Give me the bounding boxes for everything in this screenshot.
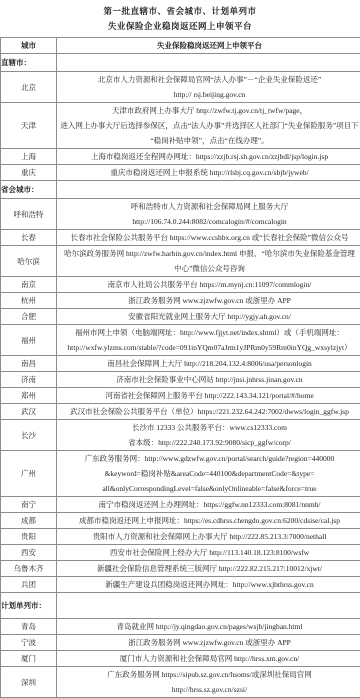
city-cell: 合肥: [1, 309, 57, 325]
platform-cell: 广东政务服务网 https://sipub.sz.gov.cn/hsoms/或深…: [57, 667, 360, 698]
platform-line: 南宁市稳岗返还网上办理网址：https://ggfw.nn12333.com:8…: [57, 497, 360, 512]
platform-cell: 新疆生产建设兵团稳岗返还网办网址：http://www.xjbthrss.gov…: [57, 577, 360, 593]
platform-line: 贵阳市人力资源和社会保障网上办事大厅 http://222.85.213.3:7…: [57, 529, 360, 544]
table-row: 兵团新疆生产建设兵团稳岗返还网办网址：http://www.xjbthrss.g…: [1, 577, 360, 593]
platform-line: http://106.74.0.244:8082/comcalogin/#/co…: [57, 214, 360, 229]
table-row: 天津天津市政府网上办事大厅 http://zwfw.tj.gov.cn/tj_t…: [1, 103, 360, 149]
platform-cell: 西安市社会保险网上经办大厅 http://113.140.18.123:8100…: [57, 545, 360, 561]
table-row: 深圳广东政务服务网 https://sipub.sz.gov.cn/hsoms/…: [1, 667, 360, 698]
document-title-line-2: 失业保险企业稳岗返还网上申领平台: [0, 19, 360, 34]
platform-line: 广东政务服务网 https://sipub.sz.gov.cn/hsoms/或深…: [57, 667, 360, 682]
platform-cell: 成都市稳岗返还网上申报网址：https://es.cdhrss.chengdu.…: [57, 513, 360, 529]
city-cell: 长沙: [1, 420, 57, 451]
platform-line: 新疆生产建设兵团稳岗返还网办网址：http://www.xjbthrss.gov…: [57, 577, 360, 592]
platform-line: 南京市人社局公共服务平台 https://m.mynj.cn:11097/com…: [57, 277, 360, 292]
table-header-city: 城市: [1, 38, 57, 54]
table-row: 南宁南宁市稳岗返还网上办理网址：https://ggfw.nn12333.com…: [1, 497, 360, 513]
city-cell: 南昌: [1, 356, 57, 372]
city-cell: 上海: [1, 149, 57, 165]
platform-cell: 北京市人力资源和社会保障局官网“法人办事”－“企业失业保险返还”http:// …: [57, 72, 360, 103]
platform-line: 福州市网上申领（电脑端网址：http://www.fjjyt.net/index…: [57, 325, 360, 340]
table-row: 南京南京市人社局公共服务平台 https://m.mynj.cn:11097/c…: [1, 277, 360, 293]
city-cell: 贵阳: [1, 529, 57, 545]
platform-cell: 厦门市人力资源和社会保障局官网 http://hrss.xm.gov.cn/: [57, 651, 360, 667]
table-row: 计划单列市：: [1, 593, 360, 619]
table-row: 广州广东政务服务网：http://www.gdzwfw.gov.cn/porta…: [1, 451, 360, 497]
platform-line: 西安市社会保险网上经办大厅 http://113.140.18.123:8100…: [57, 545, 360, 560]
section-cell: 省会城市：: [1, 181, 57, 199]
platform-cell: 长沙市 12333 公共服务平台：www.cs12333.com省本级：http…: [57, 420, 360, 451]
section-empty-cell: [57, 593, 360, 619]
city-cell: 天津: [1, 103, 57, 149]
table-row: 长春长春市社会保险公共服务平台 https://www.ccshbx.org.c…: [1, 230, 360, 246]
platform-line: 济南市社会保险事业中心网站 http://jnsi.jnhrss.jinan.g…: [57, 372, 360, 387]
platform-cell: 济南市社会保险事业中心网站 http://jnsi.jnhrss.jinan.g…: [57, 372, 360, 388]
city-cell: 广州: [1, 451, 57, 497]
platform-cell: 河南省社会保障网上服务平台 http://222.143.34.121/port…: [57, 388, 360, 404]
table-row: 呼和浩特呼和浩特市人力资源和社会保障局网上服务大厅http://106.74.0…: [1, 199, 360, 230]
table-row: 省会城市：: [1, 181, 360, 199]
city-cell: 武汉: [1, 404, 57, 420]
document-title-line-1: 第一批直辖市、省会城市、计划单列市: [0, 4, 360, 19]
table-body: 直辖市：北京北京市人力资源和社会保障局官网“法人办事”－“企业失业保险返还”ht…: [1, 54, 360, 698]
platform-line: http:// rsj.beijing.gov.cn: [57, 87, 360, 102]
city-cell: 成都: [1, 513, 57, 529]
platform-line: 安徽省阳光就业网上服务大厅 http://ygjy.ah.gov.cn/: [57, 309, 360, 324]
section-cell: 直辖市：: [1, 54, 57, 72]
platform-line: 武汉市社会保险公共服务平台（单位）https://221.232.64.242:…: [57, 404, 360, 419]
section-empty-cell: [57, 54, 360, 72]
city-cell: 郑州: [1, 388, 57, 404]
platform-cell: 广东政务服务网：http://www.gdzwfw.gov.cn/portal/…: [57, 451, 360, 497]
platform-line: 新疆社会保险信息管理系统三版网厅 http://222.82.215.217:1…: [57, 561, 360, 576]
city-cell: 南京: [1, 277, 57, 293]
platform-line: 重庆市稳岗返还网上申报系统 http://rlsbj.cq.gov.cn/sbj…: [57, 165, 360, 180]
platform-line: 上海市稳岗返还全程网办网址：https://zzjb.rsj.sh.gov.cn…: [57, 149, 360, 164]
city-cell: 青岛: [1, 619, 57, 635]
platform-table: 城市 失业保险稳岗返还网上申领平台 直辖市：北京北京市人力资源和社会保障局官网“…: [0, 37, 360, 698]
section-empty-cell: [57, 181, 360, 199]
table-row: 青岛青岛就业网 http://jy.qingdao.gov.cn/pages/w…: [1, 619, 360, 635]
platform-cell: 武汉市社会保险公共服务平台（单位）https://221.232.64.242:…: [57, 404, 360, 420]
platform-cell: 南京市人社局公共服务平台 https://m.mynj.cn:11097/com…: [57, 277, 360, 293]
city-cell: 宁波: [1, 635, 57, 651]
platform-line: 呼和浩特市人力资源和社会保障局网上服务大厅: [57, 199, 360, 214]
platform-line: 浙江政务服务网 www.zjzwfw.gov.cn 或浙里办 APP: [57, 293, 360, 308]
city-cell: 兵团: [1, 577, 57, 593]
platform-cell: 青岛就业网 http://jy.qingdao.gov.cn/pages/wsj…: [57, 619, 360, 635]
platform-cell: 长春市社会保险公共服务平台 https://www.ccshbx.org.cn …: [57, 230, 360, 246]
table-row: 重庆重庆市稳岗返还网上申报系统 http://rlsbj.cq.gov.cn/s…: [1, 165, 360, 181]
platform-line: “稳岗补贴申领”，点击“在线办理”。: [57, 133, 360, 148]
platform-cell: 天津市政府网上办事大厅 http://zwfw.tj.gov.cn/tj_twf…: [57, 103, 360, 149]
platform-line: 河南省社会保障网上服务平台 http://222.143.34.121/port…: [57, 388, 360, 403]
city-cell: 长春: [1, 230, 57, 246]
platform-cell: 重庆市稳岗返还网上申报系统 http://rlsbj.cq.gov.cn/sbj…: [57, 165, 360, 181]
table-row: 合肥安徽省阳光就业网上服务大厅 http://ygjy.ah.gov.cn/: [1, 309, 360, 325]
city-cell: 厦门: [1, 651, 57, 667]
platform-line: 长沙市 12333 公共服务平台：www.cs12333.com: [57, 420, 360, 435]
city-cell: 呼和浩特: [1, 199, 57, 230]
platform-line: 天津市政府网上办事大厅 http://zwfw.tj.gov.cn/tj_twf…: [57, 103, 360, 118]
table-row: 成都成都市稳岗返还网上申报网址：https://es.cdhrss.chengd…: [1, 513, 360, 529]
table-row: 哈尔滨哈尔滨政务服务网 http://zwfw.harbin.gov.cn/in…: [1, 246, 360, 277]
platform-line: 中心”微信公众号咨询: [57, 261, 360, 276]
city-cell: 南宁: [1, 497, 57, 513]
platform-cell: 浙江政务服务网 www.zjzwfw.gov.cn 或浙里办 APP: [57, 293, 360, 309]
platform-line: 成都市稳岗返还网上申报网址：https://es.cdhrss.chengdu.…: [57, 513, 360, 528]
platform-line: 北京市人力资源和社会保障局官网“法人办事”－“企业失业保险返还”: [57, 72, 360, 87]
city-cell: 福州: [1, 325, 57, 356]
document-page: 第一批直辖市、省会城市、计划单列市 失业保险企业稳岗返还网上申领平台 城市 失业…: [0, 0, 360, 698]
city-cell: 深圳: [1, 667, 57, 698]
table-row: 长沙长沙市 12333 公共服务平台：www.cs12333.com省本级：ht…: [1, 420, 360, 451]
platform-line: 厦门市人力资源和社会保障局官网 http://hrss.xm.gov.cn/: [57, 651, 360, 666]
platform-cell: 安徽省阳光就业网上服务大厅 http://ygjy.ah.gov.cn/: [57, 309, 360, 325]
table-row: 贵阳贵阳市人力资源和社会保障网上办事大厅 http://222.85.213.3…: [1, 529, 360, 545]
platform-line: &keyword=稳岗补贴&areaCode=440100&department…: [57, 466, 360, 481]
platform-cell: 南宁市稳岗返还网上办理网址：https://ggfw.nn12333.com:8…: [57, 497, 360, 513]
platform-line: http://hrss.sz.gov.cn/szsi/: [57, 682, 360, 697]
city-cell: 西安: [1, 545, 57, 561]
platform-cell: 哈尔滨政务服务网 http://zwfw.harbin.gov.cn/index…: [57, 246, 360, 277]
platform-line: 广东政务服务网：http://www.gdzwfw.gov.cn/portal/…: [57, 451, 360, 466]
city-cell: 乌鲁木齐: [1, 561, 57, 577]
platform-line: 青岛就业网 http://jy.qingdao.gov.cn/pages/wsj…: [57, 619, 360, 634]
city-cell: 重庆: [1, 165, 57, 181]
platform-line: all&onlyCorrespondingLevel=false&onlyOnl…: [57, 481, 360, 496]
table-head: 城市 失业保险稳岗返还网上申领平台: [1, 38, 360, 54]
platform-line: 浙江政务服务网 www.zjzwfw.gov.cn 或浙里办 APP: [57, 635, 360, 650]
table-row: 武汉武汉市社会保险公共服务平台（单位）https://221.232.64.24…: [1, 404, 360, 420]
table-header-row: 城市 失业保险稳岗返还网上申领平台: [1, 38, 360, 54]
document-title-block: 第一批直辖市、省会城市、计划单列市 失业保险企业稳岗返还网上申领平台: [0, 0, 360, 37]
platform-cell: 福州市网上申领（电脑端网址：http://www.fjjyt.net/index…: [57, 325, 360, 356]
table-row: 南昌南昌社会保障网上大厅 http://218.204.132.4:8006/u…: [1, 356, 360, 372]
table-row: 直辖市：: [1, 54, 360, 72]
platform-cell: 南昌社会保障网上大厅 http://218.204.132.4:8006/usa…: [57, 356, 360, 372]
platform-cell: 浙江政务服务网 www.zjzwfw.gov.cn 或浙里办 APP: [57, 635, 360, 651]
table-row: 乌鲁木齐新疆社会保险信息管理系统三版网厅 http://222.82.215.2…: [1, 561, 360, 577]
table-row: 厦门厦门市人力资源和社会保障局官网 http://hrss.xm.gov.cn/: [1, 651, 360, 667]
table-row: 郑州河南省社会保障网上服务平台 http://222.143.34.121/po…: [1, 388, 360, 404]
city-cell: 哈尔滨: [1, 246, 57, 277]
city-cell: 北京: [1, 72, 57, 103]
platform-line: 哈尔滨政务服务网 http://zwfw.harbin.gov.cn/index…: [57, 246, 360, 261]
table-row: 上海上海市稳岗返还全程网办网址：https://zzjb.rsj.sh.gov.…: [1, 149, 360, 165]
platform-line: http://wxfw.ylzms.com/stable/?code=091in…: [57, 340, 360, 355]
city-cell: 济南: [1, 372, 57, 388]
table-row: 北京北京市人力资源和社会保障局官网“法人办事”－“企业失业保险返还”http:/…: [1, 72, 360, 103]
platform-line: 长春市社会保险公共服务平台 https://www.ccshbx.org.cn …: [57, 230, 360, 245]
table-row: 宁波浙江政务服务网 www.zjzwfw.gov.cn 或浙里办 APP: [1, 635, 360, 651]
table-row: 福州福州市网上申领（电脑端网址：http://www.fjjyt.net/ind…: [1, 325, 360, 356]
platform-line: 南昌社会保障网上大厅 http://218.204.132.4:8006/usa…: [57, 356, 360, 371]
platform-cell: 上海市稳岗返还全程网办网址：https://zzjb.rsj.sh.gov.cn…: [57, 149, 360, 165]
platform-cell: 新疆社会保险信息管理系统三版网厅 http://222.82.215.217:1…: [57, 561, 360, 577]
table-header-platform: 失业保险稳岗返还网上申领平台: [57, 38, 360, 54]
table-row: 济南济南市社会保险事业中心网站 http://jnsi.jnhrss.jinan…: [1, 372, 360, 388]
section-cell: 计划单列市：: [1, 593, 57, 619]
platform-line: 省本级：http://222.240.173.92:9080/sicp_ggfw…: [57, 435, 360, 450]
platform-cell: 贵阳市人力资源和社会保障网上办事大厅 http://222.85.213.3:7…: [57, 529, 360, 545]
city-cell: 杭州: [1, 293, 57, 309]
platform-line: 进入网上办事大厅后选择参保区，点击“法人办事”并选择区人社部门“失业保险服务”项…: [57, 118, 360, 133]
platform-cell: 呼和浩特市人力资源和社会保障局网上服务大厅http://106.74.0.244…: [57, 199, 360, 230]
table-row: 西安西安市社会保险网上经办大厅 http://113.140.18.123:81…: [1, 545, 360, 561]
table-row: 杭州浙江政务服务网 www.zjzwfw.gov.cn 或浙里办 APP: [1, 293, 360, 309]
